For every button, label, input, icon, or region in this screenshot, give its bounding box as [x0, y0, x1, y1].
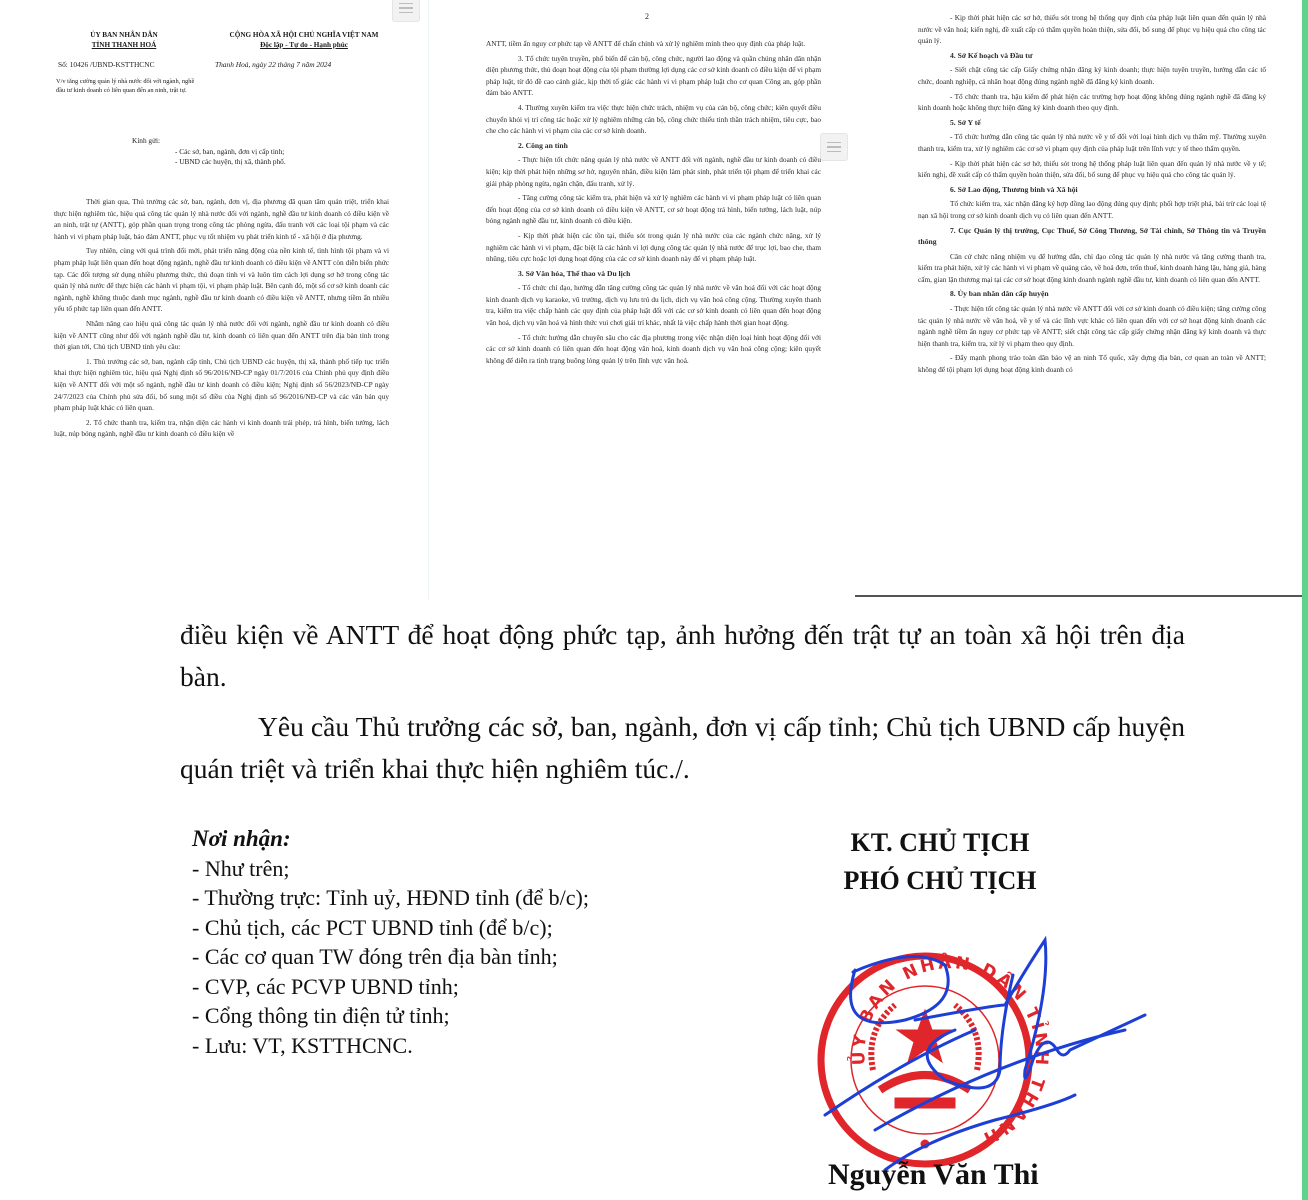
page-3-body: - Kịp thời phát hiện các sơ hở, thiếu só… [918, 12, 1266, 379]
document-thumbnail-strip: ỦY BAN NHÂN DÂN TỈNH THANH HOÁ CỘNG HÒA … [0, 0, 1308, 600]
page-1: ỦY BAN NHÂN DÂN TỈNH THANH HOÁ CỘNG HÒA … [0, 0, 425, 600]
recipients-label: Nơi nhận: [192, 824, 589, 854]
body-paragraph: - Siết chặt công tác cấp Giấy chứng nhận… [918, 64, 1266, 87]
document-number: Số: 10426 /UBND-KSTTHCNC [58, 60, 155, 69]
body-paragraph: Căn cứ chức năng nhiệm vụ để hướng dẫn, … [918, 251, 1266, 286]
signature-title: KT. CHỦ TỊCH PHÓ CHỦ TỊCH [800, 824, 1080, 900]
national-header: CỘNG HÒA XÃ HỘI CHỦ NGHĨA VIỆT NAM Độc l… [199, 30, 409, 50]
viewer-edge-accent [1302, 0, 1308, 1200]
agency-header: ỦY BAN NHÂN DÂN TỈNH THANH HOÁ [54, 30, 194, 50]
page-1-body: Thời gian qua, Thủ trưởng các sở, ban, n… [54, 196, 389, 443]
menu-icon[interactable] [820, 133, 848, 161]
body-paragraph: 3. Tổ chức tuyên truyền, phổ biến để cán… [486, 53, 821, 99]
nation-motto: Độc lập - Tự do - Hạnh phúc [199, 40, 409, 50]
body-paragraph: - Tổ chức hướng dẫn công tác quản lý nhà… [918, 131, 1266, 154]
body-paragraph: - Thực hiện tốt chức năng quản lý nhà nư… [486, 154, 821, 189]
agency-province: TỈNH THANH HOÁ [54, 40, 194, 50]
body-paragraph: - Kịp thời phát hiện các sơ hở, thiếu só… [918, 12, 1266, 47]
addressee-label: Kính gửi: [132, 136, 160, 145]
body-paragraph: 4. Thường xuyên kiểm tra việc thực hiện … [486, 102, 821, 137]
section-heading: 8. Ủy ban nhân dân cấp huyện [918, 288, 1266, 300]
document-closing-zoom: điều kiện về ANTT để hoạt động phức tạp,… [0, 600, 1302, 1200]
body-paragraph: Tổ chức kiểm tra, xác nhận đăng ký hợp đ… [918, 198, 1266, 221]
body-paragraph: - Tổ chức chỉ đạo, hướng dẫn tăng cường … [486, 282, 821, 328]
section-heading: 5. Sở Y tế [918, 117, 1266, 129]
recipient-item: - Chủ tịch, các PCT UBND tỉnh (để b/c); [192, 913, 589, 943]
section-heading: 6. Sở Lao động, Thương binh và Xã hội [918, 184, 1266, 196]
body-paragraph: 2. Tổ chức thanh tra, kiểm tra, nhận diệ… [54, 417, 389, 440]
signature-title-line1: KT. CHỦ TỊCH [800, 824, 1080, 862]
signer-name: Nguyễn Văn Thi [828, 1158, 1039, 1192]
body-paragraph: ANTT, tiềm ẩn nguy cơ phức tạp về ANTT đ… [486, 38, 821, 50]
agency-name: ỦY BAN NHÂN DÂN [54, 30, 194, 40]
addressee-item: - Các sở, ban, ngành, đơn vị cấp tỉnh; [175, 147, 286, 157]
signature-title-line2: PHÓ CHỦ TỊCH [800, 862, 1080, 900]
recipient-item: - Các cơ quan TW đóng trên địa bàn tỉnh; [192, 942, 589, 972]
body-paragraph: Nhằm nâng cao hiệu quả công tác quản lý … [54, 318, 389, 353]
official-seal-and-signature: ỦY BAN NHÂN DÂN TỈNH THANH HÓA [795, 910, 1155, 1180]
recipient-item: - Thường trực: Tỉnh uỷ, HĐND tỉnh (để b/… [192, 883, 589, 913]
document-date: Thanh Hoá, ngày 22 tháng 7 năm 2024 [215, 60, 331, 69]
official-seal-icon: ỦY BAN NHÂN DÂN TỈNH THANH HÓA [795, 910, 1052, 1164]
menu-icon[interactable] [392, 0, 420, 22]
body-paragraph: - Kịp thời phát hiện các sơ hở, thiếu só… [918, 158, 1266, 181]
closing-request: Yêu cầu Thủ trưởng các sở, ban, ngành, đ… [180, 706, 1185, 790]
page-number: 2 [645, 12, 649, 21]
section-heading: 7. Cục Quản lý thị trường, Cục Thuế, Sở … [918, 225, 1266, 248]
body-paragraph: - Đẩy mạnh phong trào toàn dân bảo vệ an… [918, 352, 1266, 375]
body-paragraph: - Thực hiện tốt công tác quản lý nhà nướ… [918, 303, 1266, 349]
page-2-body: ANTT, tiềm ẩn nguy cơ phức tạp về ANTT đ… [486, 38, 821, 369]
recipient-item: - Lưu: VT, KSTTHCNC. [192, 1031, 589, 1061]
addressee-item: - UBND các huyện, thị xã, thành phố. [175, 157, 286, 167]
body-paragraph: - Tăng cường công tác kiểm tra, phát hiệ… [486, 192, 821, 227]
section-heading: 2. Công an tỉnh [486, 140, 821, 152]
recipient-item: - Cổng thông tin điện tử tỉnh; [192, 1001, 589, 1031]
addressee-list: - Các sở, ban, ngành, đơn vị cấp tỉnh; -… [175, 147, 286, 167]
recipient-item: - CVP, các PCVP UBND tỉnh; [192, 972, 589, 1002]
body-paragraph: - Tổ chức thanh tra, hậu kiểm để phát hi… [918, 91, 1266, 114]
page-divider [855, 595, 1302, 597]
recipients-block: Nơi nhận: - Như trên; - Thường trực: Tỉn… [192, 824, 589, 1060]
recipient-item: - Như trên; [192, 854, 589, 884]
body-paragraph: Tuy nhiên, cùng với quá trình đổi mới, p… [54, 245, 389, 315]
closing-text: điều kiện về ANTT để hoạt động phức tạp,… [180, 614, 1185, 798]
section-heading: 4. Sở Kế hoạch và Đầu tư [918, 50, 1266, 62]
body-paragraph: - Kịp thời phát hiện các tồn tại, thiếu … [486, 230, 821, 265]
body-paragraph: - Tổ chức hướng dẫn chuyên sâu cho các đ… [486, 332, 821, 367]
body-paragraph: 1. Thủ trưởng các sở, ban, ngành cấp tỉn… [54, 356, 389, 414]
body-paragraph: Thời gian qua, Thủ trưởng các sở, ban, n… [54, 196, 389, 242]
document-subject: V/v tăng cường quản lý nhà nước đối với … [56, 78, 196, 95]
section-heading: 3. Sở Văn hóa, Thể thao và Du lịch [486, 268, 821, 280]
closing-continuation: điều kiện về ANTT để hoạt động phức tạp,… [180, 614, 1185, 698]
nation-title: CỘNG HÒA XÃ HỘI CHỦ NGHĨA VIỆT NAM [199, 30, 409, 40]
